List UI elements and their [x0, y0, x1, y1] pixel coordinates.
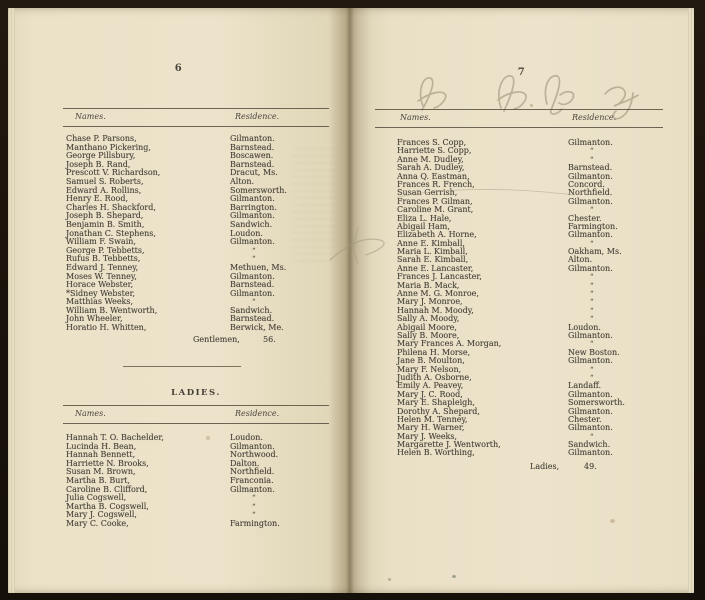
residence-ditto-mark: “: [568, 147, 595, 156]
section-divider-rule: [123, 366, 241, 367]
ladies-rows-page7: Frances S. Copp,Gilmanton.Harriette S. C…: [375, 128, 663, 458]
name-cell: Helen B. Worthing,: [397, 449, 475, 458]
gentlemen-table-header: Names. Residence.: [63, 108, 329, 127]
book-spread: 6 Names. Residence. Chase P. Parsons,Gil…: [0, 0, 705, 600]
residence-cell: Berwick, Me.: [230, 324, 284, 333]
ladies-rows-page6: Hannah T. O. Bachelder,Loudon.Lucinda H.…: [63, 424, 329, 529]
residence-column-header: Residence.: [235, 409, 279, 418]
names-column-header: Names.: [75, 409, 106, 418]
ladies-section-heading: LADIES.: [63, 388, 329, 398]
table-row: Helen B. Worthing,Gilmanton.: [375, 449, 663, 457]
residence-column-header: Residence.: [235, 112, 279, 121]
ladies-total-value: 49.: [584, 462, 597, 471]
residence-cell: Gilmanton.: [568, 198, 613, 207]
residence-ditto-mark: “: [568, 273, 595, 282]
page-7: 7 Names. Residence. Frances S. Copp,Gilm…: [349, 8, 694, 593]
residence-ditto-mark: “: [230, 503, 257, 512]
gentlemen-total-label: Gentlemen,: [193, 335, 240, 344]
residence-cell: Gilmanton.: [230, 238, 275, 247]
residence-cell: Gilmanton.: [568, 449, 613, 458]
residence-cell: Gilmanton.: [568, 424, 613, 433]
ladies-table-header: Names. Residence.: [63, 405, 329, 424]
residence-ditto-mark: “: [568, 298, 595, 307]
ladies-table-page6: Names. Residence. Hannah T. O. Bachelder…: [63, 405, 329, 529]
residence-cell: Farmington.: [230, 520, 280, 529]
residence-ditto-mark: “: [230, 247, 257, 256]
gentlemen-table: Names. Residence. Chase P. Parsons,Gilma…: [63, 108, 329, 333]
ladies-total: Ladies, 49.: [349, 462, 694, 472]
residence-ditto-mark: “: [568, 282, 595, 291]
residence-cell: Gilmanton.: [230, 486, 275, 495]
ladies-table-page7: Names. Residence. Frances S. Copp,Gilman…: [375, 109, 663, 458]
page-6: 6 Names. Residence. Chase P. Parsons,Gil…: [8, 8, 349, 593]
name-cell: Horatio H. Whitten,: [66, 324, 146, 333]
name-cell: Mary C. Cooke,: [66, 520, 129, 529]
gentlemen-rows: Chase P. Parsons,Gilmanton.Manthano Pick…: [63, 127, 329, 333]
ladies-table-header: Names. Residence.: [375, 109, 663, 128]
residence-cell: Gilmanton.: [568, 231, 613, 240]
gentlemen-total-value: 56.: [263, 335, 276, 344]
residence-ditto-mark: “: [568, 366, 595, 375]
residence-cell: Gilmanton.: [230, 290, 275, 299]
table-row: Mary C. Cooke,Farmington.: [63, 520, 329, 529]
names-column-header: Names.: [400, 113, 431, 122]
residence-ditto-mark: “: [230, 494, 257, 503]
table-row: Horatio H. Whitten,Berwick, Me.: [63, 324, 329, 333]
ladies-total-label: Ladies,: [530, 462, 559, 471]
residence-column-header: Residence.: [572, 113, 616, 122]
names-column-header: Names.: [75, 112, 106, 121]
residence-cell: Gilmanton.: [568, 357, 613, 366]
page-number-left: 6: [8, 63, 349, 74]
gentlemen-total: Gentlemen, 56.: [8, 335, 349, 345]
